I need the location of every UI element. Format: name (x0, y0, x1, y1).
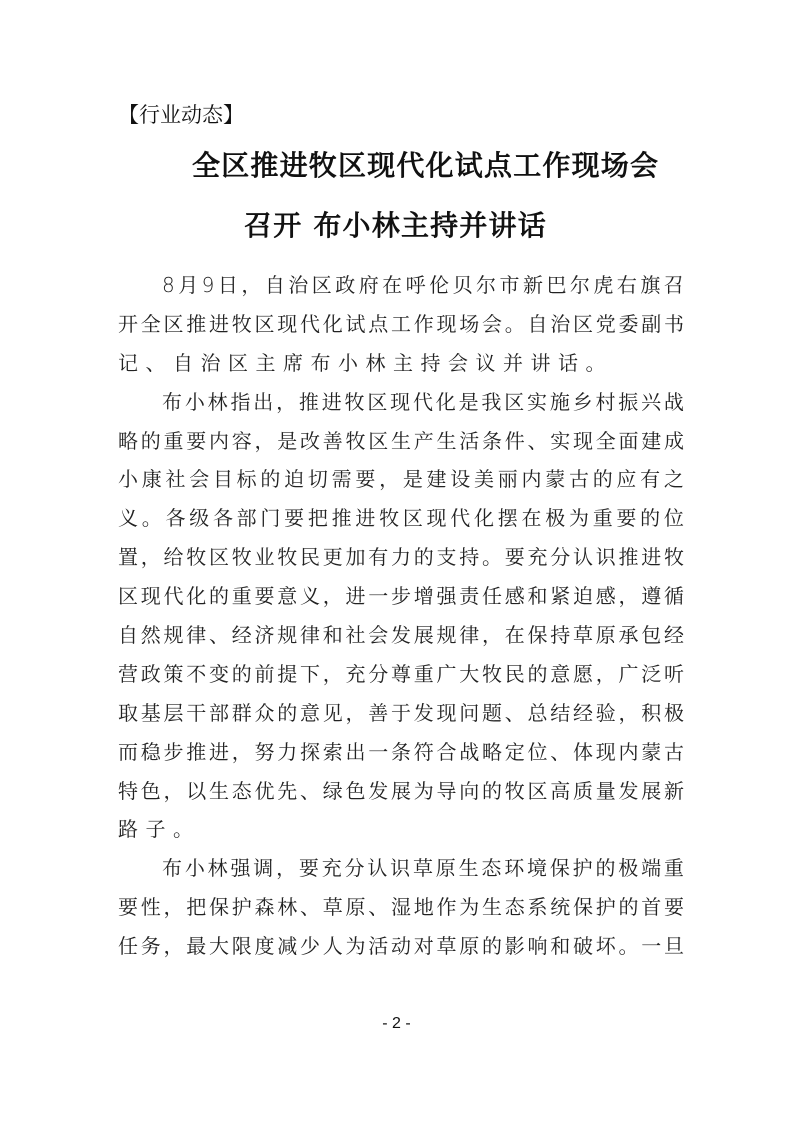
paragraph-2-line: 路子。 (118, 810, 684, 849)
paragraph-3-line: 任务，最大限度减少人为活动对草原的影响和破坏。一旦 (118, 927, 684, 966)
paragraph-2-line: 而稳步推进，努力探索出一条符合战略定位、体现内蒙古 (118, 733, 684, 772)
headline-line-1: 全区推进牧区现代化试点工作现场会 (192, 148, 793, 184)
paragraph-2-line: 义。各级各部门要把推进牧区现代化摆在极为重要的位 (118, 499, 684, 538)
paragraph-2-line: 特色，以生态优先、绿色发展为导向的牧区高质量发展新 (118, 772, 684, 811)
paragraph-3-line: 布小林强调，要充分认识草原生态环境保护的极端重 (118, 849, 684, 888)
article-body: 8月9日，自治区政府在呼伦贝尔市新巴尔虎右旗召 开全区推进牧区现代化试点工作现场… (118, 266, 684, 966)
paragraph-2-line: 略的重要内容，是改善牧区生产生活条件、实现全面建成 (118, 422, 684, 461)
paragraph-2-line: 营政策不变的前提下，充分尊重广大牧民的意愿，广泛听 (118, 655, 684, 694)
paragraph-2-line: 布小林指出，推进牧区现代化是我区实施乡村振兴战 (118, 383, 684, 422)
paragraph-2-line: 区现代化的重要意义，进一步增强责任感和紧迫感，遵循 (118, 577, 684, 616)
paragraph-3-line: 要性，把保护森林、草原、湿地作为生态系统保护的首要 (118, 888, 684, 927)
paragraph-2-line: 取基层干部群众的意见，善于发现问题、总结经验，积极 (118, 694, 684, 733)
paragraph-1-line: 记、自治区主席布小林主持会议并讲话。 (118, 344, 684, 383)
paragraph-1-line: 开全区推进牧区现代化试点工作现场会。自治区党委副书 (118, 305, 684, 344)
page-number: - 2 - (0, 1014, 793, 1034)
paragraph-2-line: 自然规律、经济规律和社会发展规律，在保持草原承包经 (118, 616, 684, 655)
headline-line-2: 召开 布小林主持并讲话 (244, 208, 793, 244)
document-page: 【行业动态】 全区推进牧区现代化试点工作现场会 召开 布小林主持并讲话 8月9日… (0, 0, 793, 1122)
paragraph-1-line: 8月9日，自治区政府在呼伦贝尔市新巴尔虎右旗召 (118, 266, 684, 305)
section-tag: 【行业动态】 (118, 101, 244, 129)
paragraph-2-line: 置，给牧区牧业牧民更加有力的支持。要充分认识推进牧 (118, 538, 684, 577)
paragraph-2-line: 小康社会目标的迫切需要，是建设美丽内蒙古的应有之 (118, 460, 684, 499)
